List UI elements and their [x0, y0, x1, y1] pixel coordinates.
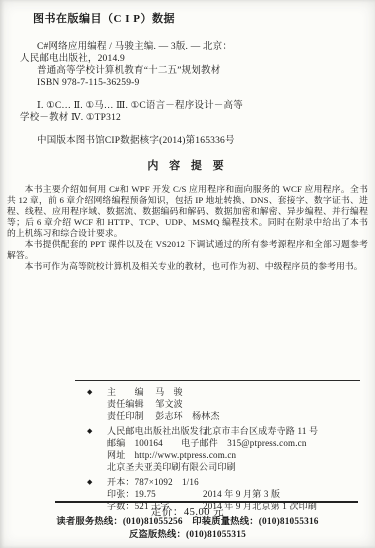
cip-classification-line-1: Ⅰ. ①C… Ⅱ. ①马… Ⅲ. ①C语言－程序设计－高等	[20, 100, 363, 112]
format-row: ◆ 开本：787×1092 1/16	[75, 476, 360, 488]
edition-value: 2014 年 9 月第 3 版	[203, 488, 280, 500]
sheets-edition-row: 印张：19.75 2014 年 9 月第 3 版	[75, 488, 360, 500]
printer-row: 北京圣夫亚美印刷有限公司印刷	[75, 461, 360, 473]
print-supervisor-label: 责任印制	[107, 410, 144, 422]
publisher-row: ◆ 人民邮电出版社出版发行 北京市丰台区成寿寺路 11 号	[75, 425, 360, 437]
printed-sheets-value: 印张：19.75	[107, 489, 156, 499]
content-summary-section: 内 容 提 要 本书主要介绍如何用 C#和 WPF 开发 C/S 应用程序和面向…	[7, 157, 368, 272]
postcode-email-row: 邮编 100164 电子邮件 315@ptpress.com.cn	[75, 437, 360, 449]
cip-record-number: 中国版本图书馆CIP数据核字(2014)第165336号	[20, 135, 363, 147]
chief-editor-label: 主 编	[107, 386, 144, 398]
cip-classification-line-2: 学校－教材 Ⅳ. ①TP312	[20, 112, 363, 124]
cip-record-line-1: C#网络应用编程 / 马骏主编. — 3版. — 北京：	[20, 41, 363, 53]
colophon-section: ◆ 主 编 马 骏 责任编辑 邹文波 责任印制 彭志环 杨林杰 ◆ 人民邮电出版…	[75, 380, 360, 512]
cip-heading: 图书在版编目（C I P）数据	[33, 10, 363, 26]
print-supervisor-names: 彭志环 杨林杰	[155, 411, 219, 421]
format-value: 开本：787×1092 1/16	[107, 477, 199, 487]
content-summary-paragraph-3: 本书可作为高等院校计算机及相关专业的教材，也可作为初、中级程序员的参考用书。	[7, 261, 368, 272]
cip-record-line-2: 人民邮电出版社，2014.9	[20, 53, 363, 65]
responsible-editor-row: 责任编辑 邹文波	[75, 398, 360, 410]
chief-editor-row: ◆ 主 编 马 骏	[75, 386, 360, 398]
anti-piracy-hotline-line: 反盗版热线：(010)81055315	[0, 529, 375, 542]
diamond-bullet-icon: ◆	[87, 476, 93, 488]
cip-isbn-line: ISBN 978-7-115-36259-9	[20, 77, 363, 89]
diamond-bullet-icon: ◆	[87, 386, 93, 398]
chief-editor-name: 马 骏	[155, 387, 183, 397]
colophon-bottom-rule	[55, 501, 358, 503]
hotlines-section: 读者服务热线：(010)81055256 印装质量热线：(010)8105531…	[0, 516, 375, 542]
publisher-name: 人民邮电出版社出版发行	[107, 426, 208, 436]
content-summary-paragraph-1: 本书主要介绍如何用 C#和 WPF 开发 C/S 应用程序和面向服务的 WCF …	[7, 184, 368, 239]
responsible-editor-name: 邹文波	[155, 399, 183, 409]
diamond-bullet-icon: ◆	[87, 425, 93, 437]
cip-section: 图书在版编目（C I P）数据 C#网络应用编程 / 马骏主编. — 3版. —…	[20, 10, 363, 147]
book-copyright-page: 图书在版编目（C I P）数据 C#网络应用编程 / 马骏主编. — 3版. —…	[0, 0, 375, 548]
cip-record-line-3: 普通高等学校计算机教育“十二五”规划教材	[20, 65, 363, 77]
publisher-address: 北京市丰台区成寿寺路 11 号	[203, 425, 318, 437]
colophon-top-rule	[75, 380, 360, 381]
service-hotline-line: 读者服务热线：(010)81055256 印装质量热线：(010)8105531…	[0, 516, 375, 529]
content-summary-title: 内 容 提 要	[7, 157, 368, 173]
website-row: 网址 http://www.ptpress.com.cn	[75, 449, 360, 461]
responsible-editor-label: 责任编辑	[107, 398, 144, 410]
content-summary-paragraph-2: 本书提供配套的 PPT 课件以及在 VS2012 下调试通过的所有参考源程序和全…	[7, 239, 368, 261]
print-supervisor-row: 责任印制 彭志环 杨林杰	[75, 410, 360, 422]
